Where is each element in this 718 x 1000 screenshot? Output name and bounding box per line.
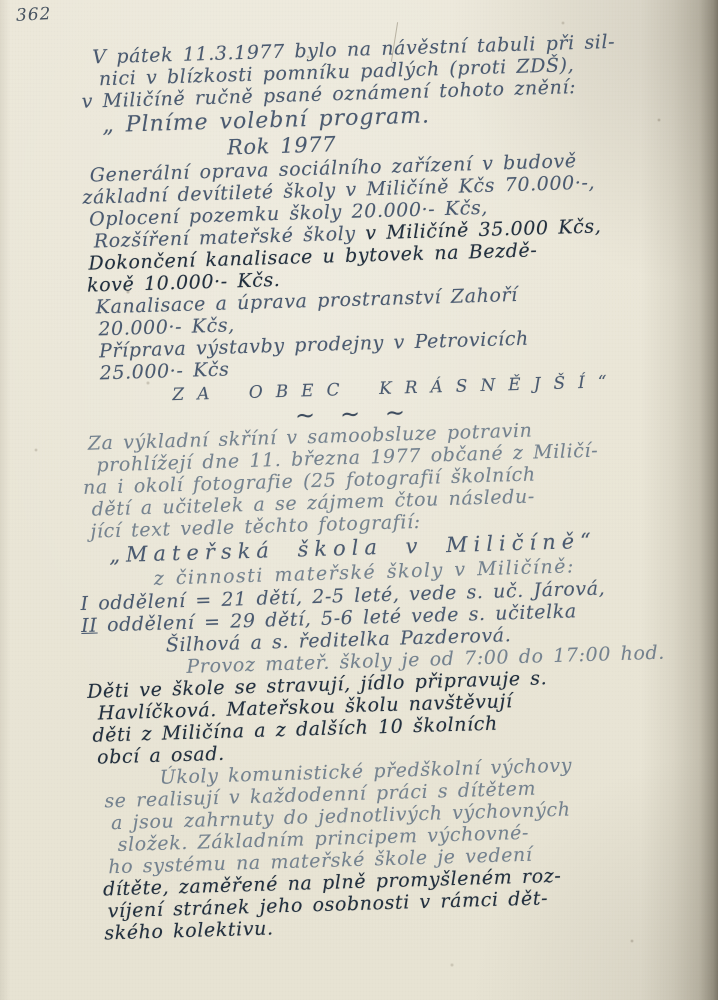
handwritten-text-block: V pátek 11.3.1977 bylo na návěstní tabul… (76, 29, 712, 945)
page-number: 362 (16, 4, 52, 26)
page-left-edge-shadow (0, 0, 10, 1000)
chronicle-page: 362 V pátek 11.3.1977 bylo na návěstní t… (0, 0, 718, 1000)
roman-numeral-underlined: II (81, 615, 98, 637)
